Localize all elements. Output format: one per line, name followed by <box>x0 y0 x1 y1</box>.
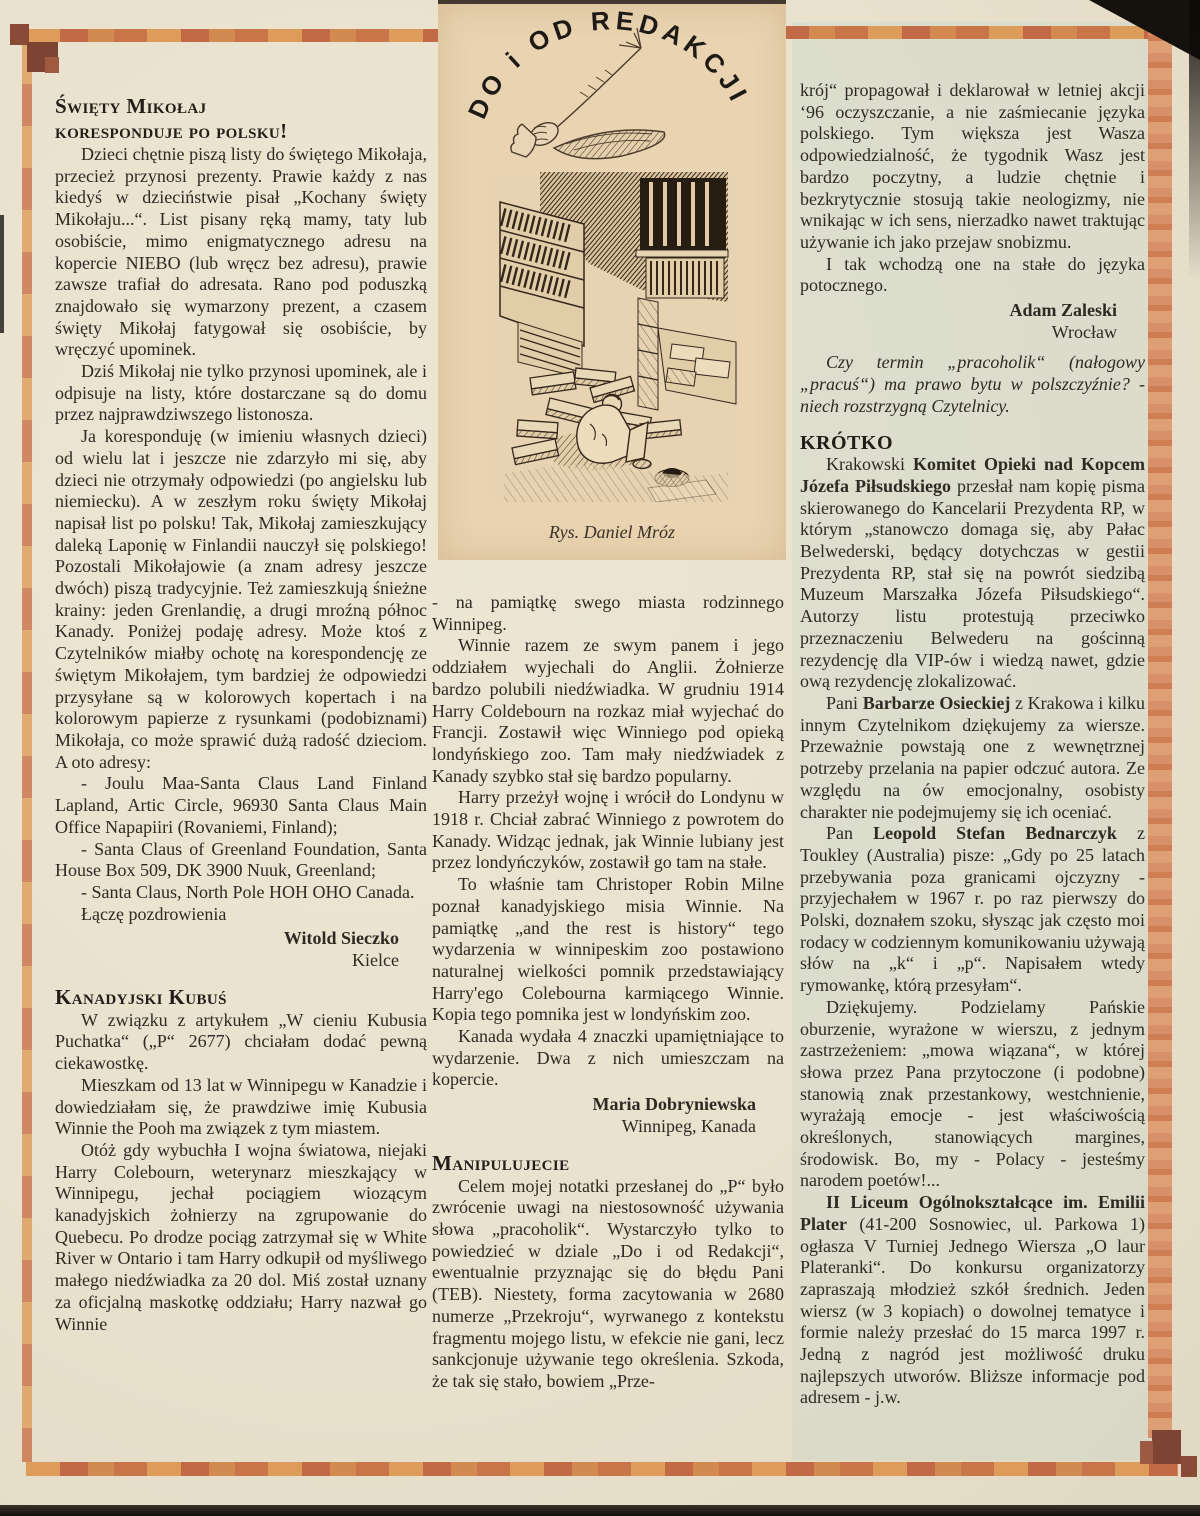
frame-corner-block <box>1152 1430 1181 1464</box>
item-post: przesłał nam kopię pisma skierowanego do… <box>800 476 1145 691</box>
krotko-item: Krakowski Komitet Opieki nad Kopcem Józe… <box>800 454 1145 693</box>
krotko-heading: KRÓTKO <box>800 433 1145 455</box>
signature-city: Wrocław <box>800 322 1117 344</box>
krotko-item: II Liceum Ogólnokształcące im. Emilii Pl… <box>800 1192 1145 1409</box>
signature: Adam Zaleski Wrocław <box>800 300 1117 343</box>
paragraph: W związku z artykułem „W cieniu Kubusia … <box>55 1010 427 1075</box>
signature-city: Winnipeg, Kanada <box>432 1116 756 1138</box>
frame-strip-right <box>1148 26 1172 1438</box>
item-pre: Pani <box>826 693 863 713</box>
item-post: z Toukley (Australia) pisze: „Gdy po 25 … <box>800 823 1145 995</box>
signature-name: Witold Sieczko <box>284 928 399 948</box>
address-line: - Joulu Maa-Santa Claus Land Finland Lap… <box>55 773 427 838</box>
illustration-caption: Rys. Daniel Mróz <box>438 522 786 543</box>
item-post: (41-200 Sosnowiec, ul. Parkowa 1) ogłasz… <box>800 1214 1145 1408</box>
frame-corner-block <box>1181 1456 1197 1477</box>
window <box>636 178 728 257</box>
address-line: - Santa Claus of Greenland Foundation, S… <box>55 839 427 882</box>
paragraph: Ja koresponduję (w imieniu własnych dzie… <box>55 426 427 773</box>
frame-strip-left <box>22 42 32 1462</box>
left-column: Święty Mikołaj koresponduje po polsku! D… <box>55 94 427 1335</box>
middle-column: - na pamiątkę swego miasta rodzinnego Wi… <box>432 592 784 1393</box>
paragraph: Kanada wydała 4 znaczki upamiętniające t… <box>432 1026 784 1091</box>
paragraph: krój“ propagował i deklarował w letniej … <box>800 80 1145 254</box>
editorial-illustration <box>490 172 740 502</box>
signature-name: Adam Zaleski <box>1009 300 1117 320</box>
editor-note: Czy termin „pracoholik“ (nałogowy „pracu… <box>800 352 1145 417</box>
paragraph: To właśnie tam Christoper Robin Milne po… <box>432 874 784 1026</box>
paragraph: - na pamiątkę swego miasta rodzinnego Wi… <box>432 592 784 635</box>
paragraph: Otóż gdy wybuchła I wojna światowa, niej… <box>55 1140 427 1335</box>
frame-corner-block <box>45 57 59 73</box>
paragraph: Dzieci chętnie piszą listy do świętego M… <box>55 144 427 361</box>
editorial-masthead-box: DO i OD REDAKCJI <box>438 4 786 560</box>
item-pre: Pan <box>826 823 873 843</box>
item-bold: Leopold Stefan Bednarczyk <box>873 823 1117 843</box>
frame-strip-bottom <box>26 1462 1178 1476</box>
paragraph: Winnie razem ze swym panem i jego oddzia… <box>432 635 784 787</box>
frame-strip-top-left <box>26 29 438 42</box>
signature-name: Maria Dobryniewska <box>593 1094 757 1114</box>
frame-corner-block <box>1140 1441 1153 1464</box>
signature: Witold Sieczko Kielce <box>55 928 399 971</box>
item-bold: Barbarze Osieckiej <box>863 693 1011 713</box>
scan-edge-bottom <box>0 1505 1200 1516</box>
radiator <box>646 258 724 298</box>
magazine-page: DO i OD REDAKCJI <box>0 0 1200 1516</box>
item-post: Dziękujemy. Podzielamy Pańskie oburzenie… <box>800 997 1145 1191</box>
quill-hand-art: DO i OD REDAKCJI <box>438 6 786 176</box>
signature-city: Kielce <box>55 950 399 972</box>
letter1-heading-line1: Święty Mikołaj <box>55 94 207 118</box>
signature: Maria Dobryniewska Winnipeg, Kanada <box>432 1094 756 1137</box>
scan-edge-left <box>0 215 4 333</box>
paragraph: Dziś Mikołaj nie tylko przynosi upominek… <box>55 361 427 426</box>
frame-strip-top-right <box>747 26 1153 39</box>
paragraph: I tak wchodzą one na stałe do języka pot… <box>800 254 1145 297</box>
paragraph: Harry przeżył wojnę i wrócił do Londynu … <box>432 787 784 874</box>
letter1-heading: Święty Mikołaj koresponduje po polsku! <box>55 94 427 144</box>
krotko-item: Pan Leopold Stefan Bednarczyk z Toukley … <box>800 823 1145 997</box>
right-column: krój“ propagował i deklarował w letniej … <box>800 80 1145 1409</box>
paragraph: Celem mojej notatki przesłanej do „P“ by… <box>432 1176 784 1393</box>
letter2-heading: Kanadyjski Kubuś <box>55 985 427 1010</box>
paragraph: Mieszkam od 13 lat w Winnipegu w Kanadzi… <box>55 1075 427 1140</box>
item-pre: Krakowski <box>826 454 913 474</box>
krotko-item: Pani Barbarze Osieckiej z Krakowa i kilk… <box>800 693 1145 823</box>
arc-title-text: DO i OD REDAKCJI <box>462 6 756 123</box>
scan-edge-right <box>1189 0 1200 280</box>
address-line: - Santa Claus, North Pole HOH OHO Canada… <box>55 882 427 904</box>
letter1-heading-line2: koresponduje po polsku! <box>55 119 288 143</box>
krotko-item: Dziękujemy. Podzielamy Pańskie oburzenie… <box>800 997 1145 1192</box>
letter3-heading: Manipulujecie <box>432 1151 784 1176</box>
closing-line: Łączę pozdrowienia <box>55 904 427 926</box>
